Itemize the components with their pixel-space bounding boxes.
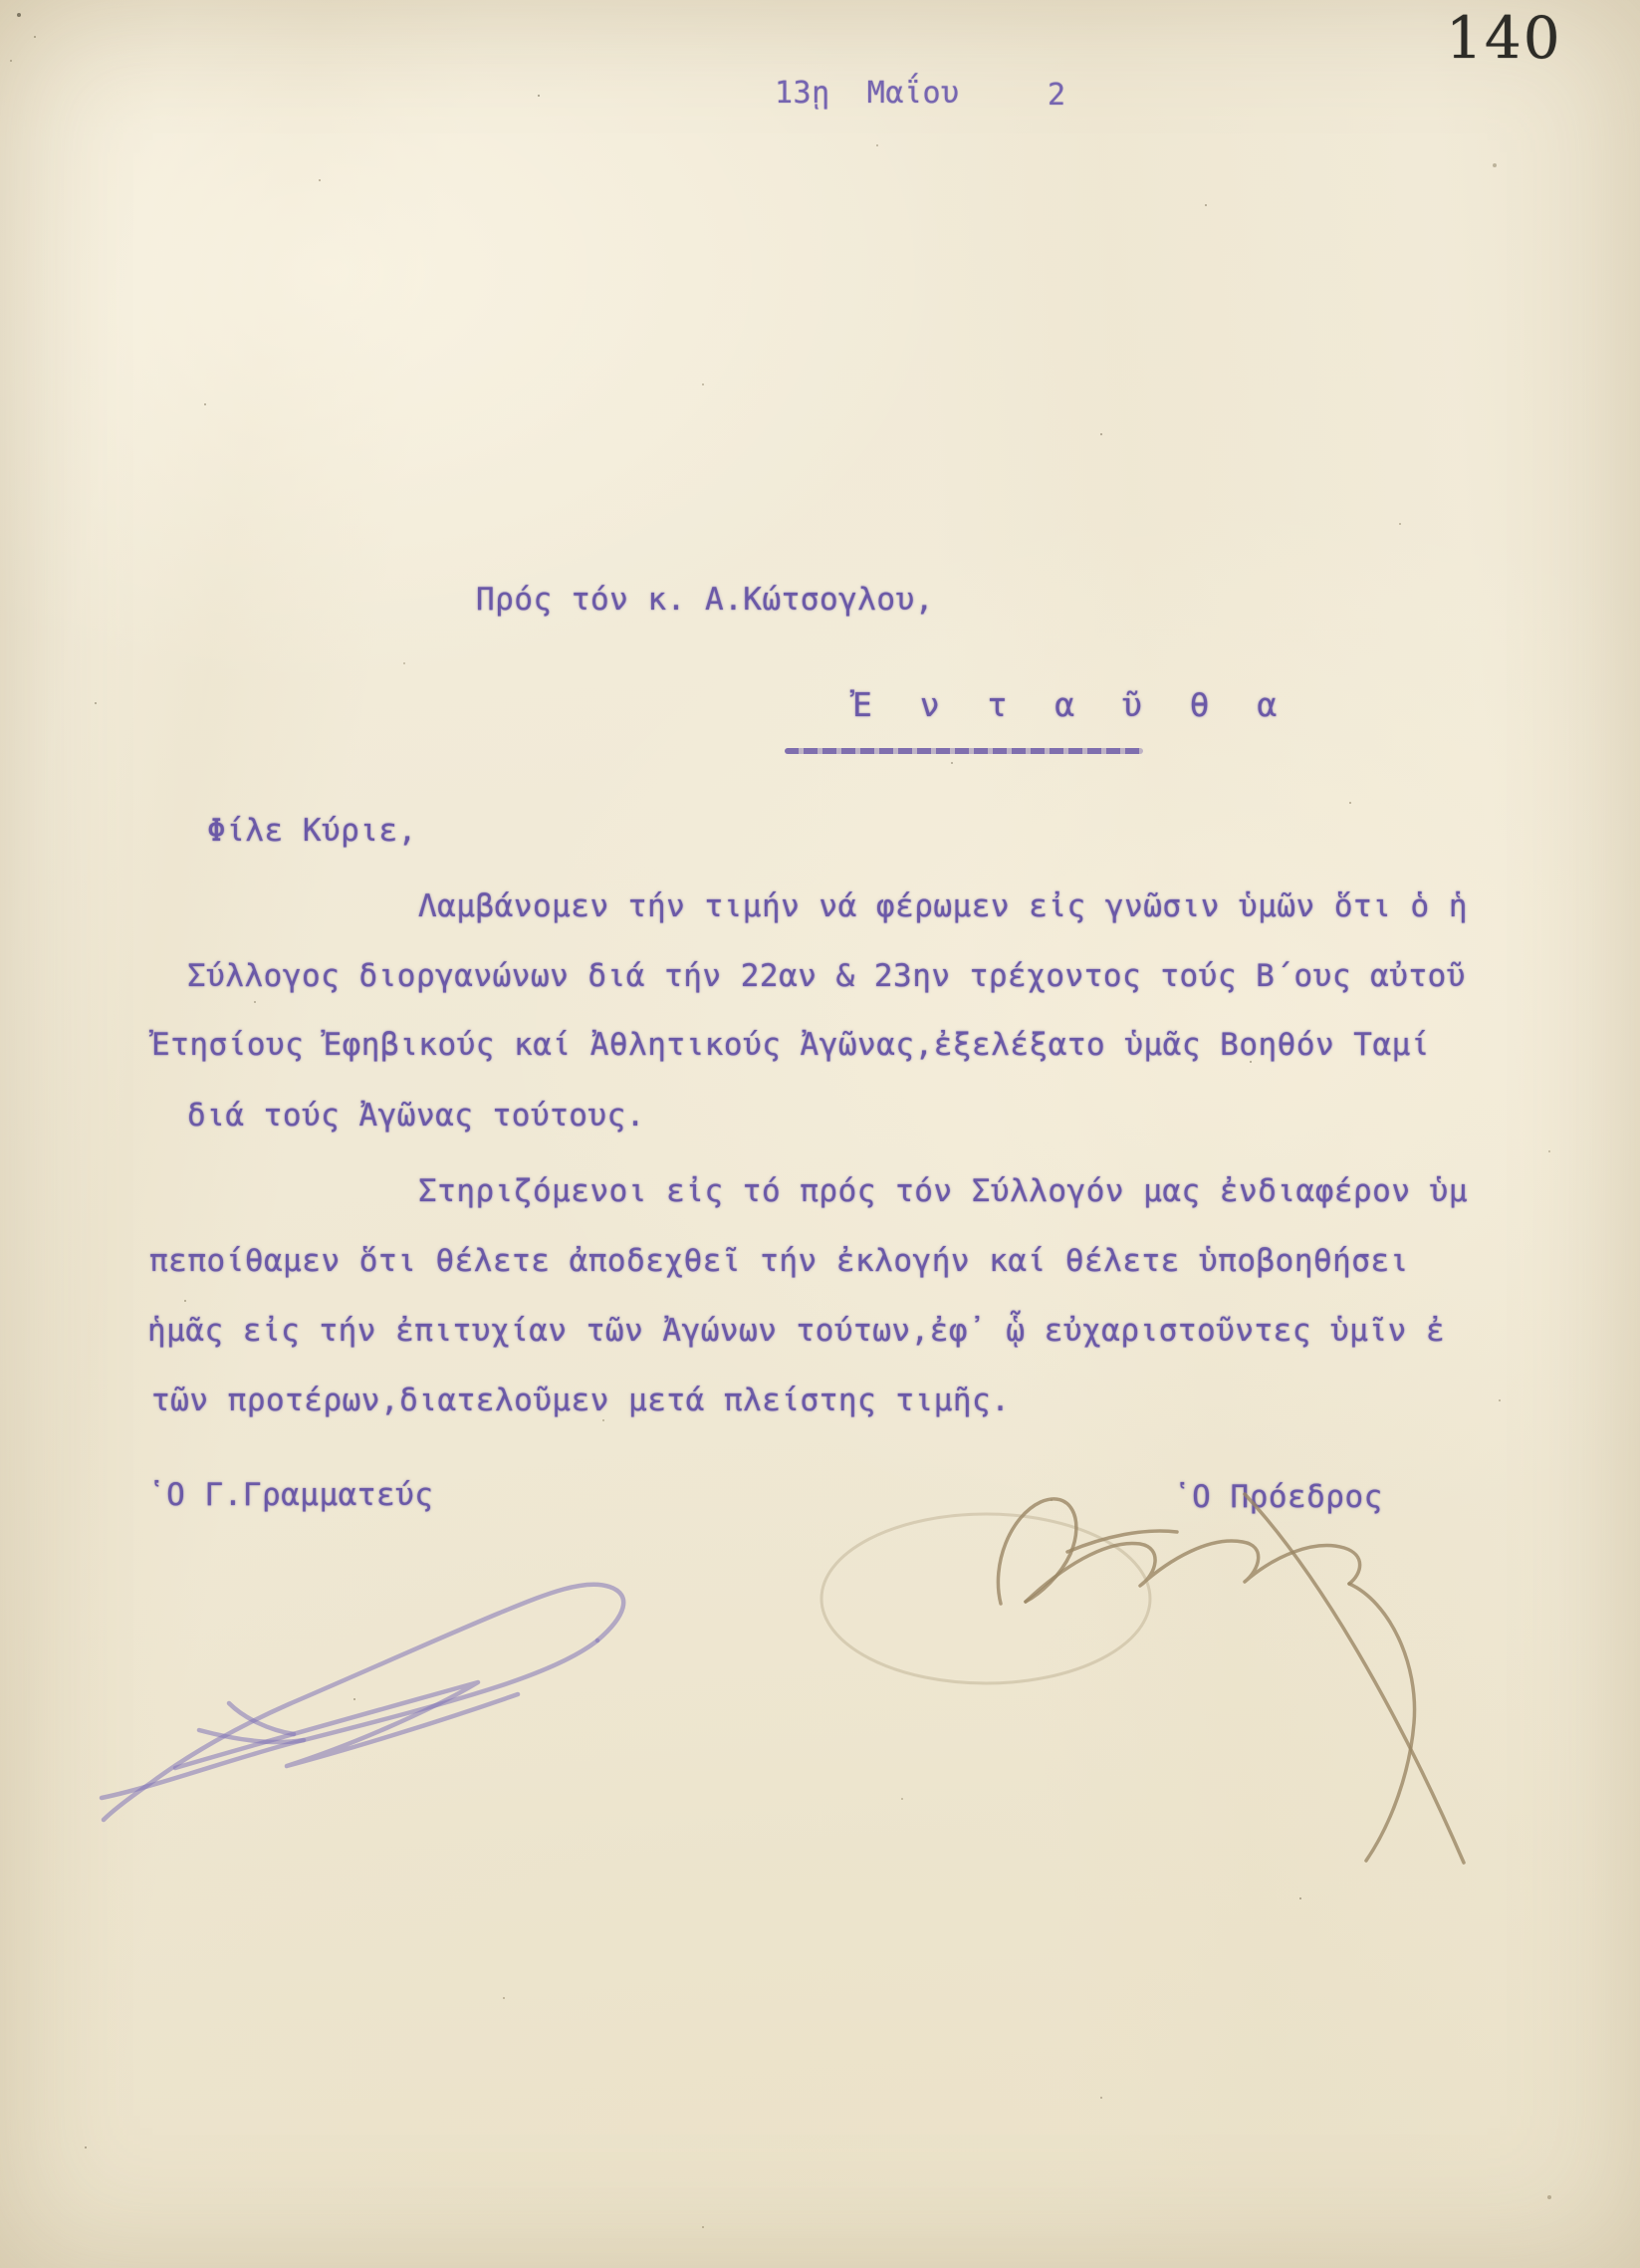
body-paragraph1-line3: Ἐτησίους Ἐφηβικούς καί Ἀθλητικούς Ἀγῶνας… xyxy=(151,1027,1430,1063)
salutation-line: Φίλε Κύριε, xyxy=(207,813,417,849)
body-paragraph1-line4: διά τούς Ἀγῶνας τούτους. xyxy=(187,1098,645,1134)
body-paragraph2-line3: ἡμᾶς εἰς τήν ἐπιτυχίαν τῶν Ἀγώνων τούτων… xyxy=(147,1313,1445,1349)
body-paragraph1-line2: Σύλλογος διοργανώνων διά τήν 22αν & 23ην… xyxy=(187,958,1466,994)
secretary-signature xyxy=(80,1499,667,1838)
archive-page-number: 140 xyxy=(1446,4,1562,72)
location-line: Ἐ ν τ α ῦ θ α xyxy=(852,685,1290,724)
body-paragraph2-line4: τῶν προτέρων,διατελοῦμεν μετά πλείστης τ… xyxy=(151,1383,1010,1418)
letter-date: 13ῃ Μαΐου xyxy=(775,76,960,111)
entautha-underline xyxy=(785,748,1143,754)
body-paragraph2-line2: πεποίθαμεν ὅτι θέλετε ἀποδεχθεῖ τήν ἐκλο… xyxy=(149,1243,1409,1279)
body-paragraph2-line1: Στηριζόμενοι εἰς τό πρός τόν Σύλλογόν μα… xyxy=(418,1173,1468,1209)
letter-date-number: 2 xyxy=(1048,78,1066,113)
recipient-line: Πρός τόν κ. Α.Κώτσογλου, xyxy=(476,582,934,618)
scanned-letter-page: 140 13ῃ Μαΐου 2 Πρός τόν κ. Α.Κώτσογλου,… xyxy=(0,0,1640,2268)
paper-specks-texture xyxy=(0,0,2,2)
president-signature xyxy=(817,1424,1533,1902)
body-paragraph1-line1: Λαμβάνομεν τήν τιμήν νά φέρωμεν εἰς γνῶσ… xyxy=(418,888,1468,924)
